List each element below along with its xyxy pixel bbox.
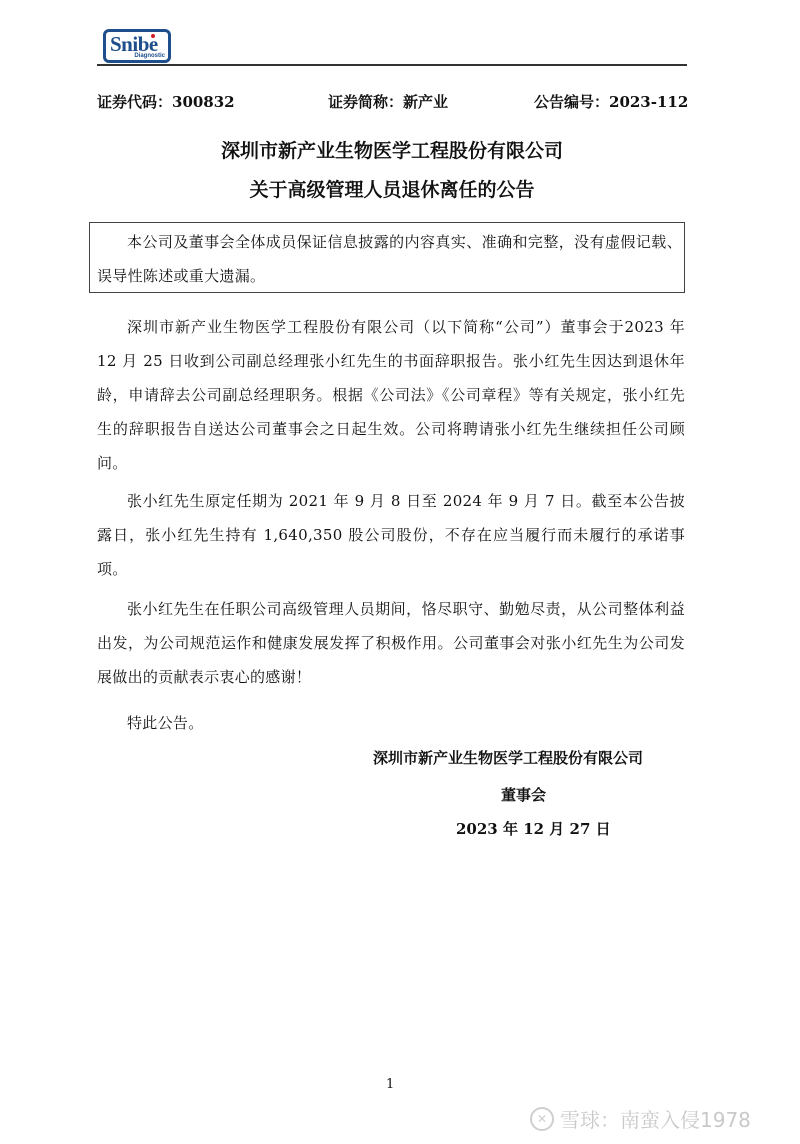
watermark: ✕ 雪球：南蛮入侵1978 [530, 1104, 751, 1133]
logo-dot-icon [151, 34, 155, 38]
company-logo: Snibe Diagnostic [103, 29, 171, 63]
signature-company: 深圳市新产业生物医学工程股份有限公司 [373, 748, 643, 768]
header-divider [97, 64, 687, 66]
logo-tagline: Diagnostic [134, 53, 165, 60]
stock-code: 证券代码：300832 [97, 92, 235, 112]
announcement-number: 公告编号：2023-112 [534, 92, 688, 112]
signature-date: 2023 年 12 月 27 日 [456, 819, 611, 839]
stock-abbreviation: 证券简称：新产业 [328, 92, 448, 112]
body-paragraph-closing: 特此公告。 [97, 706, 685, 740]
page-number: 1 [386, 1077, 394, 1092]
company-title: 深圳市新产业生物医学工程股份有限公司 [0, 138, 792, 164]
xueqiu-logo-icon: ✕ [530, 1107, 554, 1131]
body-paragraph-term-shares: 张小红先生原定任期为 2021 年 9 月 8 日至 2024 年 9 月 7 … [97, 484, 685, 586]
watermark-text: 雪球：南蛮入侵1978 [560, 1104, 751, 1133]
body-paragraph-resignation: 深圳市新产业生物医学工程股份有限公司（以下简称“公司”）董事会于2023 年 1… [97, 310, 685, 480]
announcement-title: 关于高级管理人员退休离任的公告 [0, 177, 792, 203]
signature-board: 董事会 [501, 785, 546, 805]
disclaimer-text: 本公司及董事会全体成员保证信息披露的内容真实、准确和完整，没有虚假记载、误导性陈… [97, 225, 682, 293]
body-paragraph-thanks: 张小红先生在任职公司高级管理人员期间，恪尽职守、勤勉尽责，从公司整体利益出发，为… [97, 592, 685, 694]
